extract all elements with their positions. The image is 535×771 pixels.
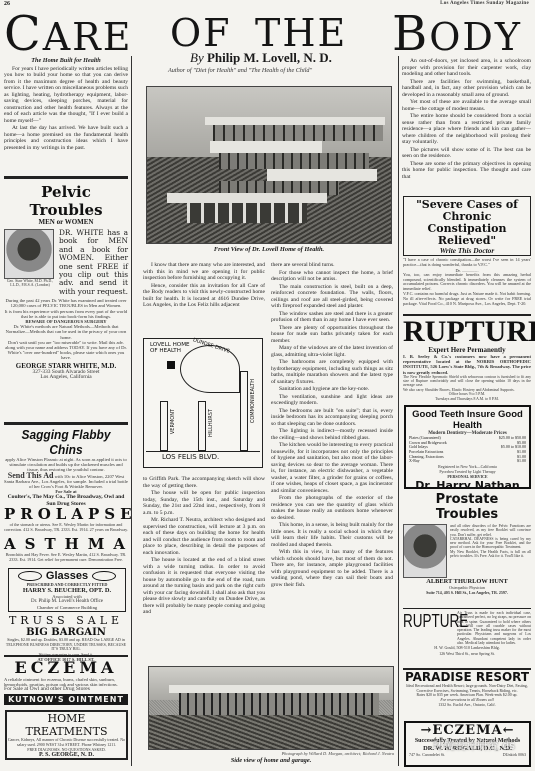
article-paragraph: This home, in a sense, is being built ma… <box>271 522 393 548</box>
side-photo-credit: Photograph by Willard D. Morgan, archite… <box>148 751 394 756</box>
masthead-title: CARE OF THE BODY <box>0 6 535 52</box>
ad-paradise-resort: PARADISE RESORT Ideal Recreational and H… <box>403 670 531 720</box>
article-paragraph: There are plenty of opportunities throug… <box>271 325 393 345</box>
ad-rupture-air-truss: RUPTURE Air Truss is made for each indiv… <box>403 611 531 667</box>
ad-teeth-doctor: Dr. Harry Nathan <box>406 479 529 489</box>
ad-pelvic-body: During the past 42 years Dr. White has e… <box>4 298 128 308</box>
article-paragraph: Yet most of these are available to the a… <box>402 99 531 112</box>
ad-rupture-hours: Tuesdays and Thursdays 8 A.M. to 8 P.M. <box>403 397 531 402</box>
ad-paradise-address: 1332 So. Euclid Ave., Ontario, Calif. <box>403 703 531 708</box>
ad-eczema-title: ECZEMA <box>4 658 128 677</box>
article-paragraph: Many of the windows are of the latest in… <box>271 345 393 358</box>
ad-constipation-text: V.F.C. contains no harmful drugs. Just a… <box>403 292 531 306</box>
portrait-caption: Geo. Starr White, M.D. Ph.D., LL.D., F.R… <box>4 279 56 287</box>
article-paragraph: The ventilation, sunshine and light idea… <box>271 394 393 407</box>
center-column-1-top: I know that there are many who are inter… <box>143 262 265 310</box>
ad-chins-title: Sagging Flabby Chins <box>9 427 123 457</box>
masthead-word-care: CARE <box>4 6 133 62</box>
ad-pelvic-subtitle: MEN or WOMEN <box>4 219 128 226</box>
location-map: LOVELL HOME OF HEALTH DUNDEE DRIVE VERMO… <box>143 338 263 468</box>
article-paragraph: Hence, consider this an invitation for a… <box>143 283 265 309</box>
article-paragraph: to Griffith Park. The accompanying sketc… <box>143 476 265 489</box>
article-paragraph: The bedrooms are built "en suite"; that … <box>271 408 393 428</box>
ad-pelvic-troubles: Pelvic Troubles MEN or WOMEN Geo. Starr … <box>4 183 128 415</box>
map-street-label: HILLHURST <box>208 409 214 437</box>
side-photo-caption: Side view of home and garage. <box>148 757 394 764</box>
byline: By Philip M. Lovell, N. D. <box>190 50 332 66</box>
ad-truss-sale: TRUSS SALE BIG BARGAIN Singles, $2.00 an… <box>4 614 128 654</box>
article-paragraph: Mr. Richard T. Neutra, architect who des… <box>143 517 265 556</box>
ad-kutnow-brand: KUTNOW'S OINTMENT <box>4 694 128 705</box>
spectacles-icon <box>18 571 42 581</box>
street-hillhurst <box>198 401 206 451</box>
article-paragraph: The window sashes are steel and there is… <box>271 311 393 324</box>
ad-eczema2-title: →ECZEMA← <box>406 723 529 738</box>
ad-rupture2-address: 126 West Third St., near Spring St. <box>403 651 531 656</box>
ad-prostate-title: Prostate Troubles <box>403 492 531 522</box>
article-paragraph: Sanitation and hygiene are the key-note. <box>271 386 393 393</box>
ad-rupture-body: The New Flexible Spermatic Shield with s… <box>403 375 531 388</box>
house-marker-icon <box>167 361 175 369</box>
ad-home-treatments-title: HOME TREATMENTS <box>7 712 126 738</box>
ad-pelvic-body: Dr. White's methods are Natural Methods—… <box>4 324 128 340</box>
article-paragraph: With this in view, it has many of the fe… <box>271 549 393 588</box>
article-paragraph: There are facilities for swimming, baske… <box>402 79 531 99</box>
column-rule <box>398 56 399 766</box>
ad-teeth-price-list: Plates (Guaranteed)$25.00 to $50.00 Crow… <box>406 436 529 464</box>
ad-eczema-kutnow: ECZEMA A reliable ointment for eczema, b… <box>4 658 128 706</box>
street-commonwealth <box>240 371 248 451</box>
ad-asthma: ASTHMA Bronchitis and Hay Fever. See E. … <box>4 535 128 565</box>
arrow-left-icon: ← <box>503 723 515 738</box>
ad-rupture-sub: Expert Here Permanently <box>403 347 531 354</box>
map-street-label: VERMONT <box>170 409 176 434</box>
article-paragraph: These are some of the primary objectives… <box>402 161 531 181</box>
article-paragraph: The house will be open for public inspec… <box>143 490 265 516</box>
ad-truss-body: Singles, $2.00 and up. Doubles, $3.00 an… <box>4 638 128 652</box>
front-view-photo <box>146 86 392 244</box>
ad-glasses: Glasses PRESCRIBED AND CORRECTLY FITTED … <box>8 568 126 612</box>
map-home-label: LOVELL HOME OF HEALTH <box>150 342 190 355</box>
article-paragraph: The house is located at the end of a bli… <box>143 557 265 616</box>
ad-constipation-title: "Severe Cases of Chronic Constipation Re… <box>404 199 530 247</box>
ad-teeth-title: Good Teeth Insure Good Health <box>406 409 529 431</box>
ad-constipation-body: "I have a case of chronic constipation—t… <box>403 258 531 312</box>
byline-prefix: By <box>190 50 204 65</box>
ad-pelvic-body: It is from his experience with persons f… <box>4 309 128 319</box>
ad-rupture-title: RUPTURE <box>403 316 531 347</box>
ad-pelvic-city: Los Angeles, California <box>4 375 128 380</box>
front-photo-caption: Front View of Dr. Lovell Home of Health. <box>146 246 392 253</box>
article-paragraph: From the photographs of the exterior of … <box>271 495 393 521</box>
ad-glasses-address: 1251 So. Broadway, Suite 225 <box>11 610 67 612</box>
ad-prolapse: PROLAPSE of the stomach or uterus. See E… <box>4 505 128 535</box>
dundee-drive-curve <box>180 345 240 393</box>
ad-constipation-offer: Accept FREE Offer <box>404 254 530 256</box>
ad-prostate-troubles: Prostate Troubles and all other disorder… <box>403 492 531 598</box>
ad-constipation: "Severe Cases of Chronic Constipation Re… <box>403 196 531 256</box>
ad-paradise-title: PARADISE RESORT <box>403 670 531 684</box>
doctor-portrait-image <box>4 229 54 279</box>
byline-subline: Author of "Diet for Health" and "The Hea… <box>168 67 312 74</box>
ad-glasses-title: Glasses <box>46 570 88 582</box>
map-street-label: COMMONWEALTH <box>250 379 256 423</box>
ad-rupture-body: I. B. Seeley & Co.'s customers now have … <box>403 354 531 375</box>
side-view-photo <box>148 666 394 750</box>
ad-constipation-text: You, too, can enjoy immediate benefits f… <box>403 273 531 292</box>
article-paragraph: At last the day has arrived. We have bui… <box>4 125 128 151</box>
arrow-right-icon: → <box>421 723 433 738</box>
left-column-heading: The Home Built for Health <box>4 58 128 65</box>
ad-sagging-chins: Sagging Flabby Chins apply Alice Winston… <box>4 427 128 503</box>
doctor-portrait-image <box>403 524 447 578</box>
ad-constipation-sub: Write This Doctor <box>404 247 530 254</box>
ad-rupture2-title: RUPTURE <box>403 611 442 645</box>
ad-home-treatments-body: Cancer, Kidneys, All manner of Chronic D… <box>7 738 126 747</box>
article-paragraph: The main construction is steel, built on… <box>271 284 393 310</box>
spectacles-icon <box>92 571 116 581</box>
article-paragraph: The bathrooms are completely equipped wi… <box>271 359 393 385</box>
ad-pelvic-offer: DR. WHITE has a book for MEN and a book … <box>59 229 128 296</box>
right-column-article: An out-of-doors, yet inclosed area, is a… <box>402 58 531 181</box>
center-column-1-bottom: to Griffith Park. The accompanying sketc… <box>143 476 265 617</box>
ad-eczema-sale: For Sale at Owl and other Drug Stores <box>4 687 128 692</box>
ad-pelvic-title: Pelvic Troubles <box>4 183 128 219</box>
ad-prolapse-title: PROLAPSE <box>4 505 128 523</box>
article-paragraph: there are several blind turns. <box>271 262 393 269</box>
ad-prostate-name: ALBERT THURLOW HUNT <box>403 578 531 585</box>
divider-rule <box>4 422 128 425</box>
divider-rule <box>403 608 531 609</box>
left-column-article: The Home Built for Health For years I ha… <box>4 58 128 152</box>
column-rule <box>131 56 132 766</box>
center-column-2: there are several blind turns. For those… <box>271 262 393 589</box>
ad-rupture-seeley: RUPTURE Expert Here Permanently I. B. Se… <box>403 316 531 402</box>
divider-rule <box>4 655 128 657</box>
ad-home-treatments-name: P. S. GEORGE, N. D. <box>7 752 126 759</box>
ad-asthma-body: Bronchitis and Hay Fever. See E. Wesley … <box>4 553 128 563</box>
article-paragraph: The kitchen would be interesting to ever… <box>271 442 393 494</box>
map-boulevard-label: LOS FELIS BLVD. <box>162 454 219 460</box>
ad-glasses-phone: WE. 0151 <box>104 610 123 612</box>
ad-prostate-body: and all other disorders of the Pelvic Fu… <box>450 524 531 537</box>
ad-paradise-body: Ideal Recreational and Health Resort; la… <box>403 684 531 693</box>
article-paragraph: For those who cannot inspect the home, a… <box>271 270 393 283</box>
ad-prostate-body: CATARRHAL DEAFNESS is being cured by my … <box>450 537 531 550</box>
article-paragraph: The lighting is indirect—mostly recessed… <box>271 428 393 441</box>
divider-rule <box>4 176 128 179</box>
article-paragraph: I know that there are many who are inter… <box>143 262 265 282</box>
masthead-word-body: BODY <box>392 6 522 62</box>
ad-good-teeth: Good Teeth Insure Good Health Modern Den… <box>404 405 531 489</box>
article-paragraph: For years I have periodically written ar… <box>4 66 128 125</box>
ad-asthma-title: ASTHMA <box>4 535 128 553</box>
ad-pelvic-body: Don't wait until you are "too miserable"… <box>4 340 128 361</box>
street-vermont <box>160 401 168 451</box>
article-paragraph: The pictures will show some of it. The b… <box>402 147 531 160</box>
ad-truss-title: TRUSS SALE <box>4 614 128 627</box>
ad-constipation-quote: "I have a case of chronic constipation—t… <box>403 258 531 268</box>
ad-glasses-name: HARRY S. BEUCHER, OPT. D. <box>9 587 125 594</box>
article-paragraph: An out-of-doors, yet inclosed area, is a… <box>402 58 531 78</box>
byline-author: Philip M. Lovell, N. D. <box>207 50 332 65</box>
watermark-overlay: 环境设计研究 ds <box>433 737 515 753</box>
ad-home-treatments: HOME TREATMENTS Cancer, Kidneys, All man… <box>5 710 128 760</box>
ad-prolapse-body: of the stomach or uterus. See E. Wesley … <box>4 523 128 533</box>
article-paragraph: The entire home should be considered fro… <box>402 113 531 146</box>
ad-prostate-body: My New Booklet, The Health Facts, is ful… <box>450 550 531 559</box>
ad-prostate-address: Suite 714, 403 S. Hill St., Los Angeles,… <box>403 590 531 595</box>
